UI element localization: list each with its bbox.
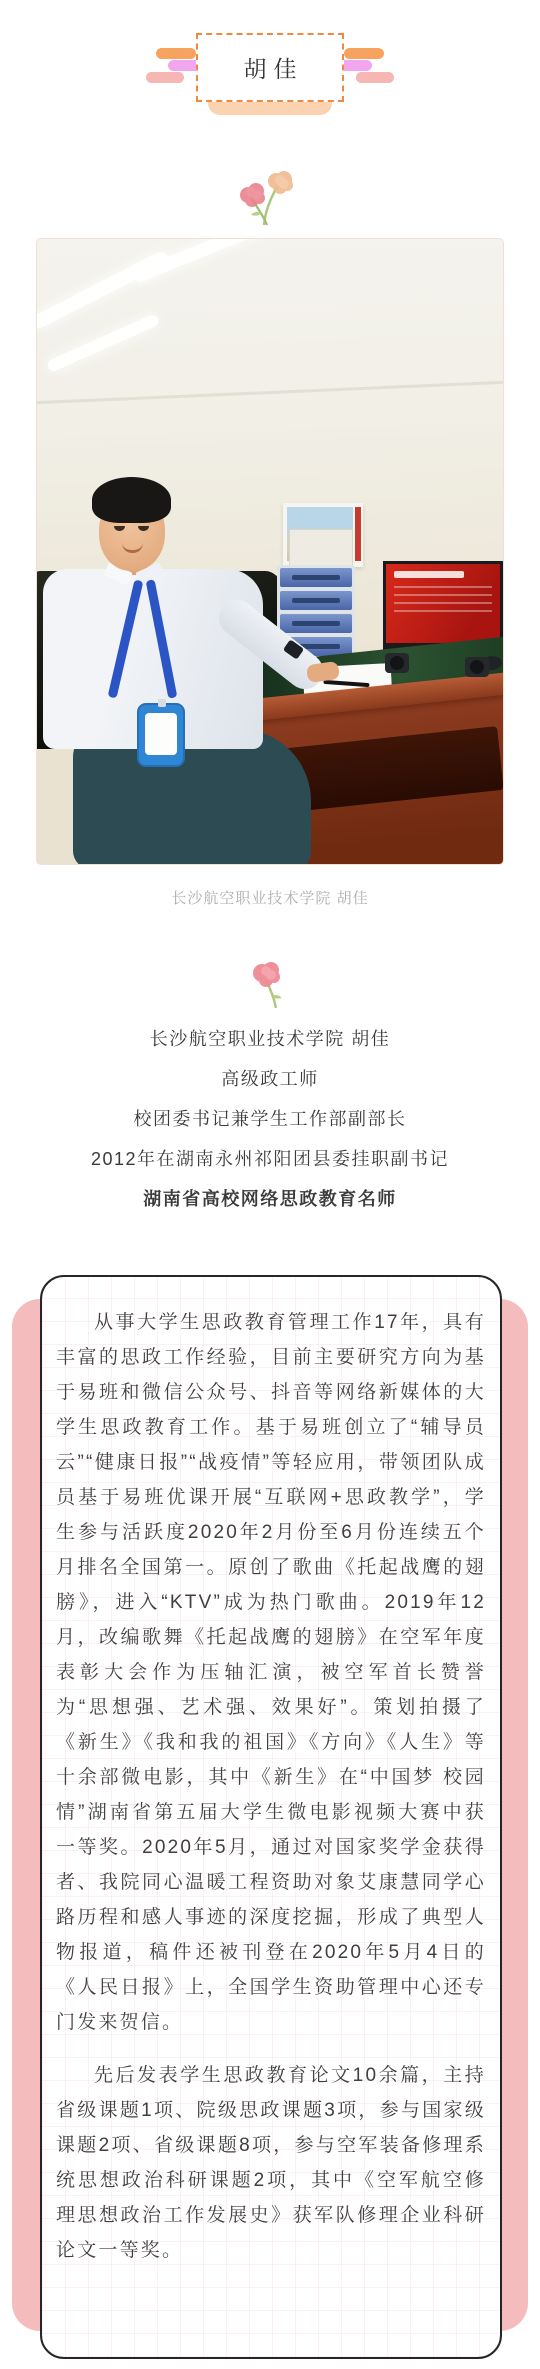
pill-decoration [344,48,384,59]
bio-card: 从事大学生思政教育管理工作17年，具有丰富的思政工作经验，目前主要研究方向为基于… [40,1275,502,2359]
name-banner: 胡佳 [170,33,370,115]
profile-line: 校团委书记兼学生工作部副部长 [0,1099,540,1139]
photo-caption: 长沙航空职业技术学院 胡佳 [0,887,540,908]
wall-corner [36,380,504,404]
bio-paragraph: 从事大学生思政教育管理工作17年，具有丰富的思政工作经验，目前主要研究方向为基于… [56,1305,486,2040]
person-hair [92,477,171,523]
ceiling-light [46,313,161,373]
profile-info: 长沙航空职业技术学院 胡佳 高级政工师 校团委书记兼学生工作部副部长 2012年… [0,1019,540,1219]
pill-decoration [146,72,184,83]
profile-line: 高级政工师 [0,1059,540,1099]
name-box: 胡佳 [196,33,344,102]
speaker [465,657,489,677]
profile-line: 长沙航空职业技术学院 胡佳 [0,1019,540,1059]
carnation-flowers-icon [0,169,540,232]
pill-decoration [356,72,394,83]
speaker [385,653,409,673]
pill-decoration [156,48,196,59]
page-title: 胡佳 [237,51,304,84]
bio-card-section: 从事大学生思政教育管理工作17年，具有丰富的思政工作经验，目前主要研究方向为基于… [0,1275,540,2359]
computer-monitor [383,561,503,651]
person-legs [73,729,311,865]
carnation-flower-icon [0,960,540,1015]
bio-paragraph: 先后发表学生思政教育论文10余篇，主持省级课题1项、院级思政课题3项，参与国家级… [56,2058,486,2268]
id-badge [137,703,185,767]
profile-line-highlight: 湖南省高校网络思政教育名师 [0,1179,540,1219]
profile-photo[interactable] [36,238,504,865]
profile-line: 2012年在湖南永州祁阳团县委挂职副书记 [0,1139,540,1179]
desk-tray [289,529,353,567]
